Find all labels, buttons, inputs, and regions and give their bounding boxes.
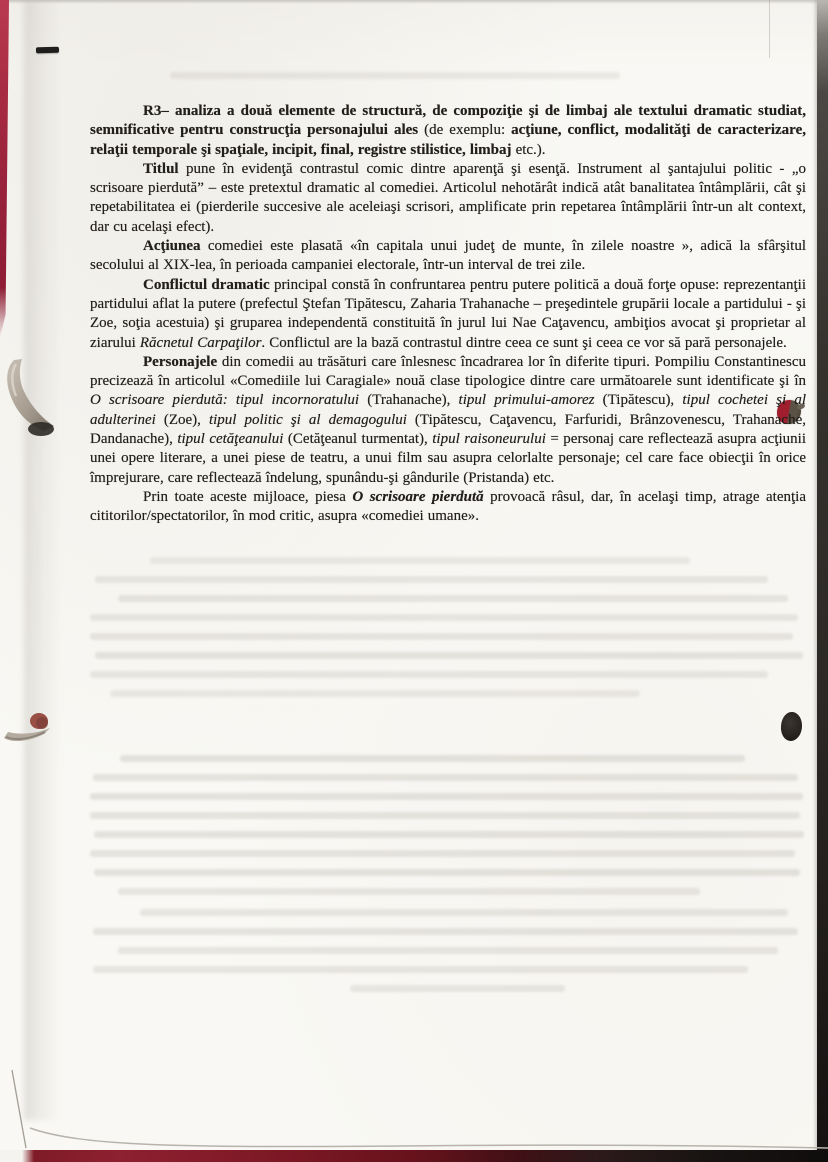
paragraph-conflictul: Conflictul dramatic principal constă în … <box>90 276 806 353</box>
bleedthrough-line <box>95 652 803 659</box>
bleedthrough-line <box>350 985 565 992</box>
bleedthrough-line <box>90 614 798 621</box>
ink-blot-dark <box>780 711 804 742</box>
bleedthrough-line <box>90 812 800 819</box>
scan-fold-line <box>769 0 770 58</box>
scan-edge-right <box>817 0 828 1162</box>
bleedthrough-line <box>140 909 788 916</box>
bleedthrough-line <box>118 595 788 602</box>
paragraph-actiunea: Acţiunea comediei este plasată «în capit… <box>90 237 806 276</box>
fastener-prong-bottom-icon <box>0 704 58 748</box>
bleedthrough-line <box>93 774 798 781</box>
document-text: R3– analiza a două elemente de structură… <box>90 102 806 527</box>
crease-line <box>0 1066 40 1156</box>
bleedthrough-line <box>95 576 768 583</box>
page-curvature-shadow <box>24 0 62 1120</box>
bleedthrough-line <box>90 633 793 640</box>
bleedthrough-line <box>90 850 795 857</box>
paragraph-titlul: Titlul pune în evidenţă contrastul comic… <box>90 160 806 237</box>
scan-edge-bottom <box>0 1150 828 1162</box>
bleedthrough-line <box>118 947 778 954</box>
bleedthrough-line <box>150 557 690 564</box>
bleedthrough-line <box>170 72 620 79</box>
paragraph-r3-requirement: R3– analiza a două elemente de structură… <box>90 102 806 160</box>
bleedthrough-line <box>94 869 800 876</box>
red-binding-strip <box>0 0 9 338</box>
scanned-document-page: { "document": { "language": "ro", "parag… <box>0 0 828 1162</box>
bleedthrough-line <box>120 755 745 762</box>
paragraph-personajele: Personajele din comedii au trăsături car… <box>90 353 806 488</box>
bleedthrough-line <box>110 690 640 697</box>
bleedthrough-line <box>118 888 700 895</box>
bleedthrough-line <box>94 831 804 838</box>
paragraph-concluzie: Prin toate aceste mijloace, piesa O scri… <box>90 488 806 527</box>
staple-mark <box>36 47 59 54</box>
bleedthrough-line <box>90 793 803 800</box>
bleedthrough-line <box>90 671 768 678</box>
bleedthrough-line <box>93 966 748 973</box>
fastener-prong-top-icon <box>0 352 64 440</box>
scan-top-edge-shadow <box>0 0 828 4</box>
bleedthrough-line <box>93 928 798 935</box>
